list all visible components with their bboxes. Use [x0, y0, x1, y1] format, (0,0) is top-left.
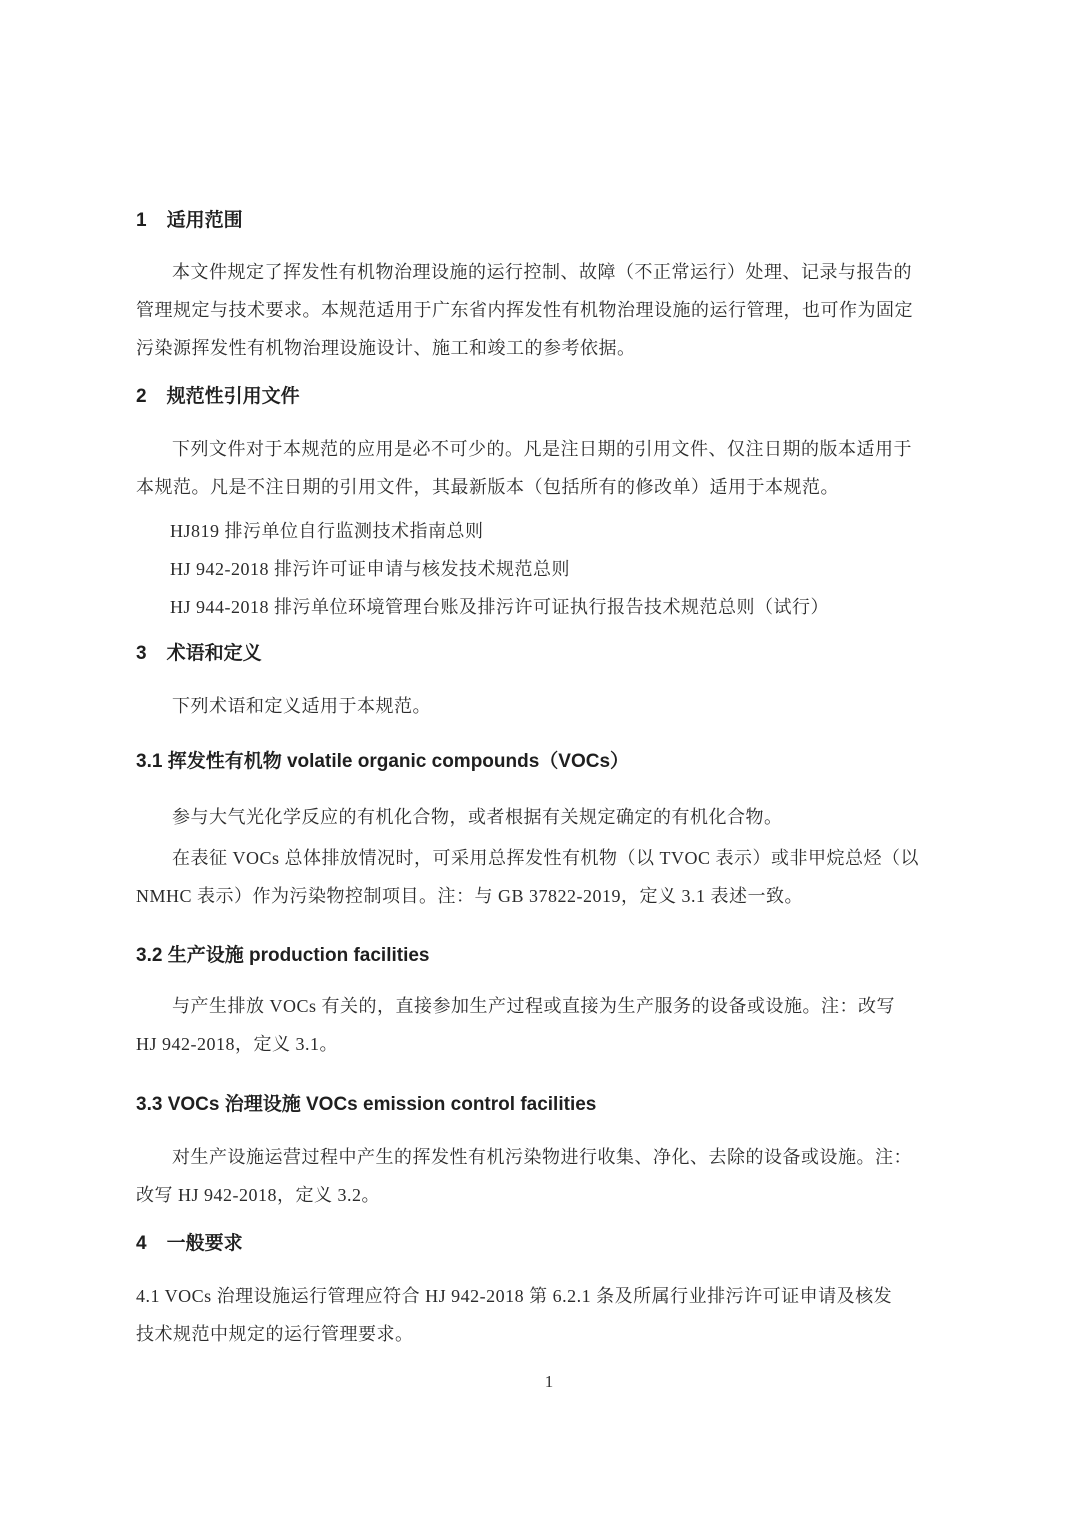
section-3-1-paragraph-1: 参与大气光化学反应的有机化合物，或者根据有关规定确定的有机化合物。	[136, 798, 962, 836]
section-2-title: 规范性引用文件	[167, 383, 300, 411]
section-3-title: 术语和定义	[167, 640, 262, 668]
section-2-heading: 2 规范性引用文件	[136, 383, 962, 411]
section-3-heading: 3 术语和定义	[136, 640, 962, 668]
section-3-2-paragraph: 与产生排放 VOCs 有关的，直接参加生产过程或直接为生产服务的设备或设施。注：…	[136, 987, 962, 1063]
page-number: 1	[136, 1368, 962, 1396]
normative-references-list: HJ819 排污单位自行监测技术指南总则 HJ 942-2018 排污许可证申请…	[136, 512, 962, 626]
section-1-number: 1	[136, 207, 147, 235]
section-4-heading: 4 一般要求	[136, 1230, 962, 1258]
section-3-intro: 下列术语和定义适用于本规范。	[136, 687, 962, 725]
section-3-1-paragraph-2: 在表征 VOCs 总体排放情况时，可采用总挥发性有机物（以 TVOC 表示）或非…	[136, 839, 962, 915]
section-1-heading: 1 适用范围	[136, 207, 962, 235]
section-1-paragraph: 本文件规定了挥发性有机物治理设施的运行控制、故障（不正常运行）处理、记录与报告的…	[136, 253, 962, 367]
section-4-title: 一般要求	[167, 1230, 243, 1258]
section-4-1-paragraph: 4.1 VOCs 治理设施运行管理应符合 HJ 942-2018 第 6.2.1…	[136, 1277, 962, 1353]
section-3-number: 3	[136, 640, 147, 668]
document-page: 1 适用范围 本文件规定了挥发性有机物治理设施的运行控制、故障（不正常运行）处理…	[0, 0, 1080, 1527]
section-3-3-heading: 3.3 VOCs 治理设施 VOCs emission control faci…	[136, 1091, 962, 1119]
section-3-2-heading: 3.2 生产设施 production facilities	[136, 942, 962, 970]
section-2-number: 2	[136, 383, 147, 411]
section-4-number: 4	[136, 1230, 147, 1258]
section-3-1-heading: 3.1 挥发性有机物 volatile organic compounds（VO…	[136, 748, 962, 776]
section-2-paragraph: 下列文件对于本规范的应用是必不可少的。凡是注日期的引用文件、仅注日期的版本适用于…	[136, 430, 962, 506]
section-3-3-paragraph: 对生产设施运营过程中产生的挥发性有机污染物进行收集、净化、去除的设备或设施。注：…	[136, 1138, 962, 1214]
section-1-title: 适用范围	[167, 207, 243, 235]
